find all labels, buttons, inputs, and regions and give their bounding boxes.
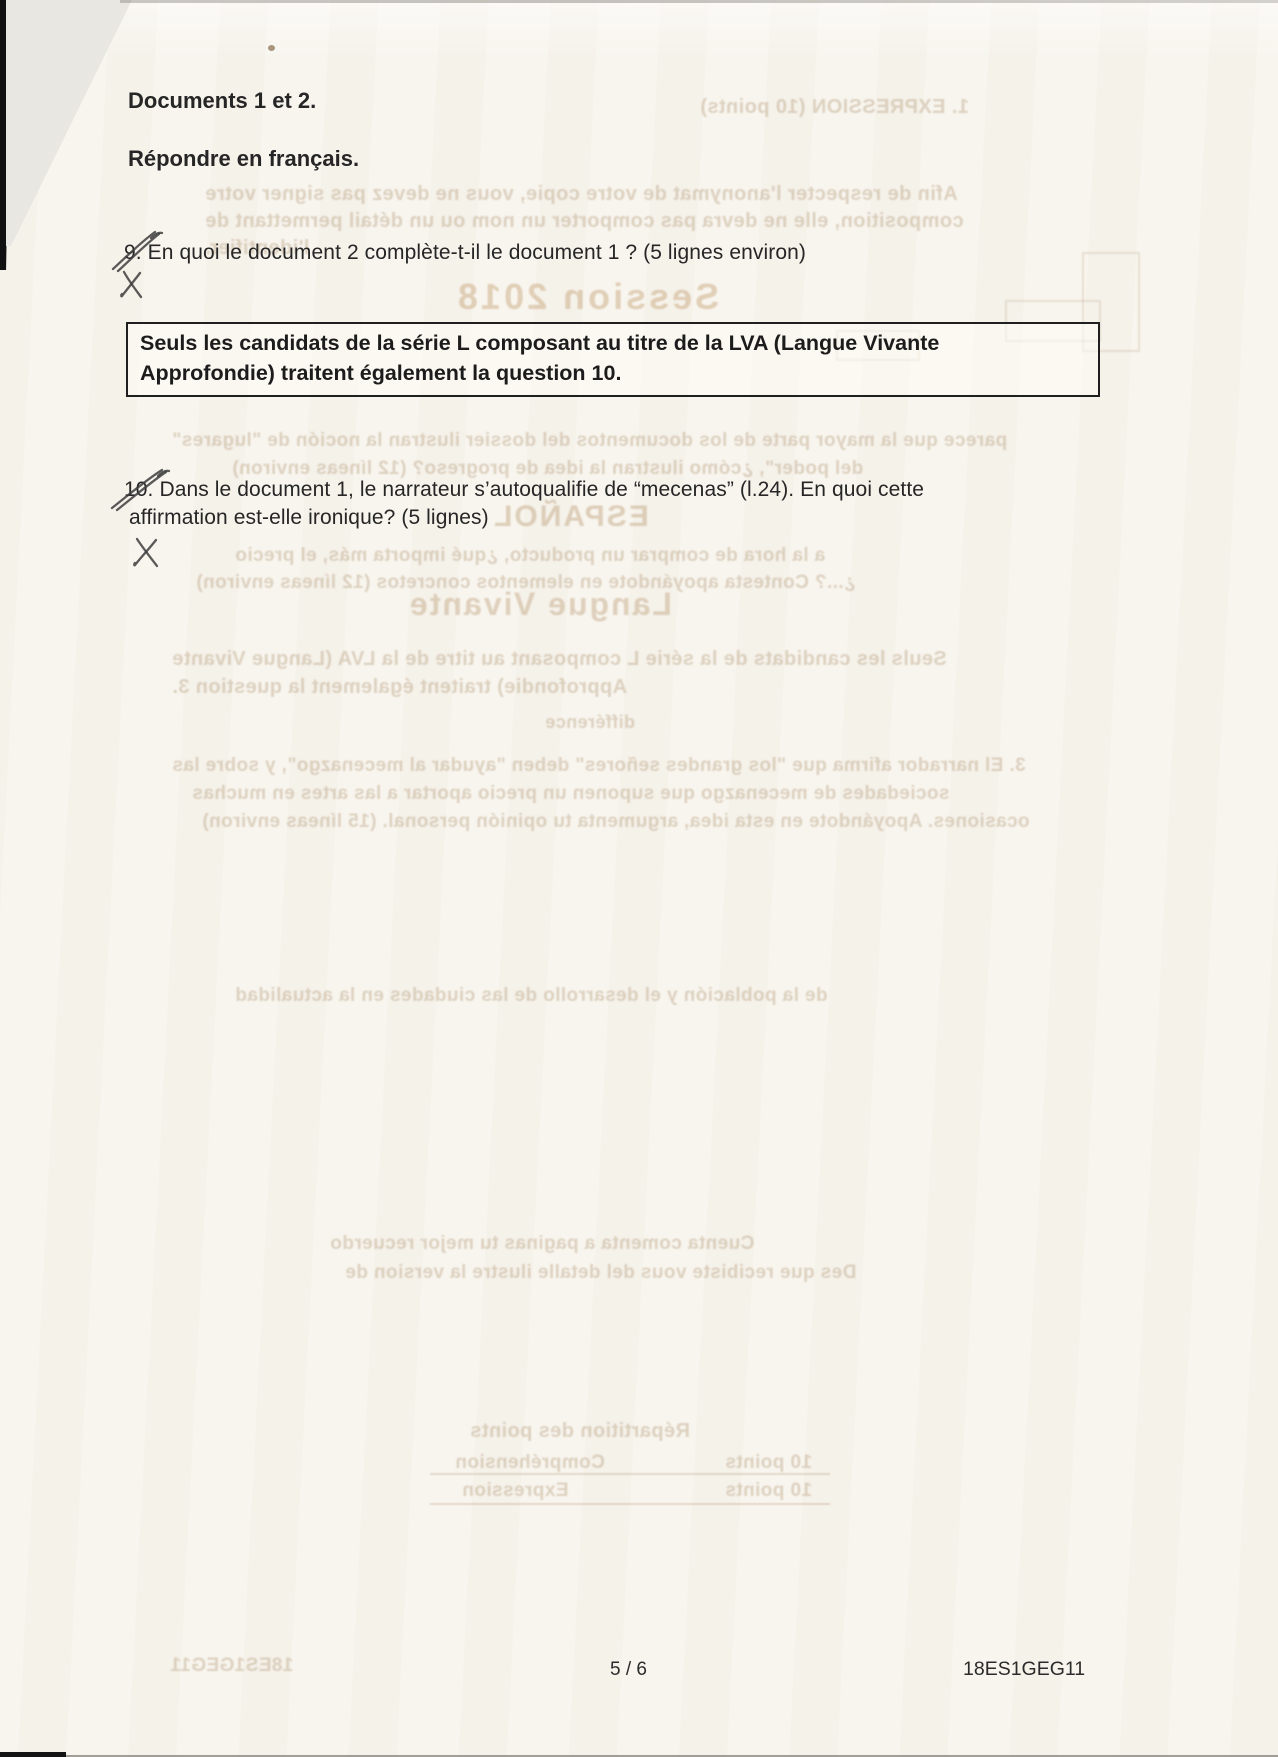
handwritten-x-icon bbox=[132, 536, 162, 570]
bleedthrough-text: ESPAÑOL bbox=[492, 500, 649, 534]
notice-line-1: Seuls les candidats de la série L compos… bbox=[140, 328, 1098, 358]
bleedthrough-text: 10 points bbox=[725, 1480, 812, 1502]
bleedthrough-text: sociedades de mecenazgo que suponen un p… bbox=[192, 783, 950, 805]
bleedthrough-text: Cuenta comenta a paginas tu mejor recuer… bbox=[330, 1233, 754, 1255]
ink-speck bbox=[268, 45, 275, 51]
notice-box: Seuls les candidats de la série L compos… bbox=[126, 322, 1100, 397]
bleedthrough-text: composition, elle ne devra pas comporter… bbox=[205, 210, 964, 233]
question-10-number: 10. bbox=[124, 478, 154, 501]
bleedthrough-text: del poder", ¿cómo ilustran la idea de pr… bbox=[232, 458, 863, 480]
question-9-number-wrap: 9. bbox=[124, 241, 142, 265]
scan-artifact-corner-triangle bbox=[6, 0, 132, 246]
bleedthrough-text: parece que la mayor parte de los documen… bbox=[172, 430, 1007, 452]
bleedthrough-text: Afin de respecter l'anonymat de votre co… bbox=[205, 183, 958, 206]
footer-page-number: 5 / 6 bbox=[610, 1659, 647, 1681]
bleedthrough-text: Des que recibiste vous del detalle ilust… bbox=[345, 1262, 856, 1284]
question-10-line2: affirmation est-elle ironique? (5 lignes… bbox=[129, 506, 489, 530]
question-10-number-wrap: 10. bbox=[124, 478, 154, 502]
scanned-exam-page: { "document": { "heading_docs": "Documen… bbox=[0, 0, 1278, 1757]
bleedthrough-text: Répartition des points bbox=[470, 1420, 690, 1443]
footer-doc-code: 18ES1GEG11 bbox=[963, 1658, 1085, 1681]
question-10-line1: 10. Dans le document 1, le narrateur s’a… bbox=[124, 478, 924, 502]
bleedthrough-text: 1. EXPRESSION (10 points) bbox=[700, 96, 969, 119]
bleedthrough-text: Expression bbox=[462, 1480, 568, 1502]
bleedthrough-text: 3. El narrador afirma que "los grandes s… bbox=[172, 755, 1026, 777]
heading-documents: Documents 1 et 2. bbox=[128, 88, 316, 114]
bleedthrough-text: Seuls les candidats de la série L compos… bbox=[172, 648, 947, 671]
question-10-text-line1: Dans le document 1, le narrateur s’autoq… bbox=[159, 478, 924, 501]
handwritten-x-icon bbox=[119, 269, 145, 301]
question-9-number: 9. bbox=[124, 241, 142, 264]
heading-answer-language: Répondre en français. bbox=[128, 146, 359, 172]
bleedthrough-text: différence bbox=[545, 712, 635, 733]
bleedthrough-text: Langue Vivante bbox=[408, 586, 672, 623]
bleedthrough-text: 10 points bbox=[725, 1452, 812, 1474]
bleedthrough-text: Approfondie) traitent également la quest… bbox=[172, 676, 627, 699]
bleedthrough-text: 18ES1GEG11 bbox=[170, 1655, 293, 1677]
question-9: 9. En quoi le document 2 complète-t-il l… bbox=[124, 241, 806, 265]
bleedthrough-rule bbox=[430, 1473, 830, 1475]
scan-artifact-bottom-left-corner bbox=[0, 1752, 66, 1757]
bleedthrough-text: Session 2018 bbox=[455, 276, 719, 318]
scan-artifact-top-edge bbox=[120, 0, 1278, 3]
bleedthrough-text: de la población y el desarrollo de las c… bbox=[235, 985, 828, 1007]
question-9-text: En quoi le document 2 complète-t-il le d… bbox=[148, 241, 806, 264]
bleedthrough-text: a la hora de comprar un producto, ¿qué i… bbox=[235, 545, 825, 567]
bleedthrough-rule bbox=[430, 1503, 830, 1505]
bleedthrough-text: ocasiones. Apoyándote en esta idea, argu… bbox=[202, 811, 1030, 833]
bleedthrough-text: Compréhension bbox=[455, 1452, 605, 1474]
notice-line-2: Approfondie) traitent également la quest… bbox=[140, 358, 1098, 388]
